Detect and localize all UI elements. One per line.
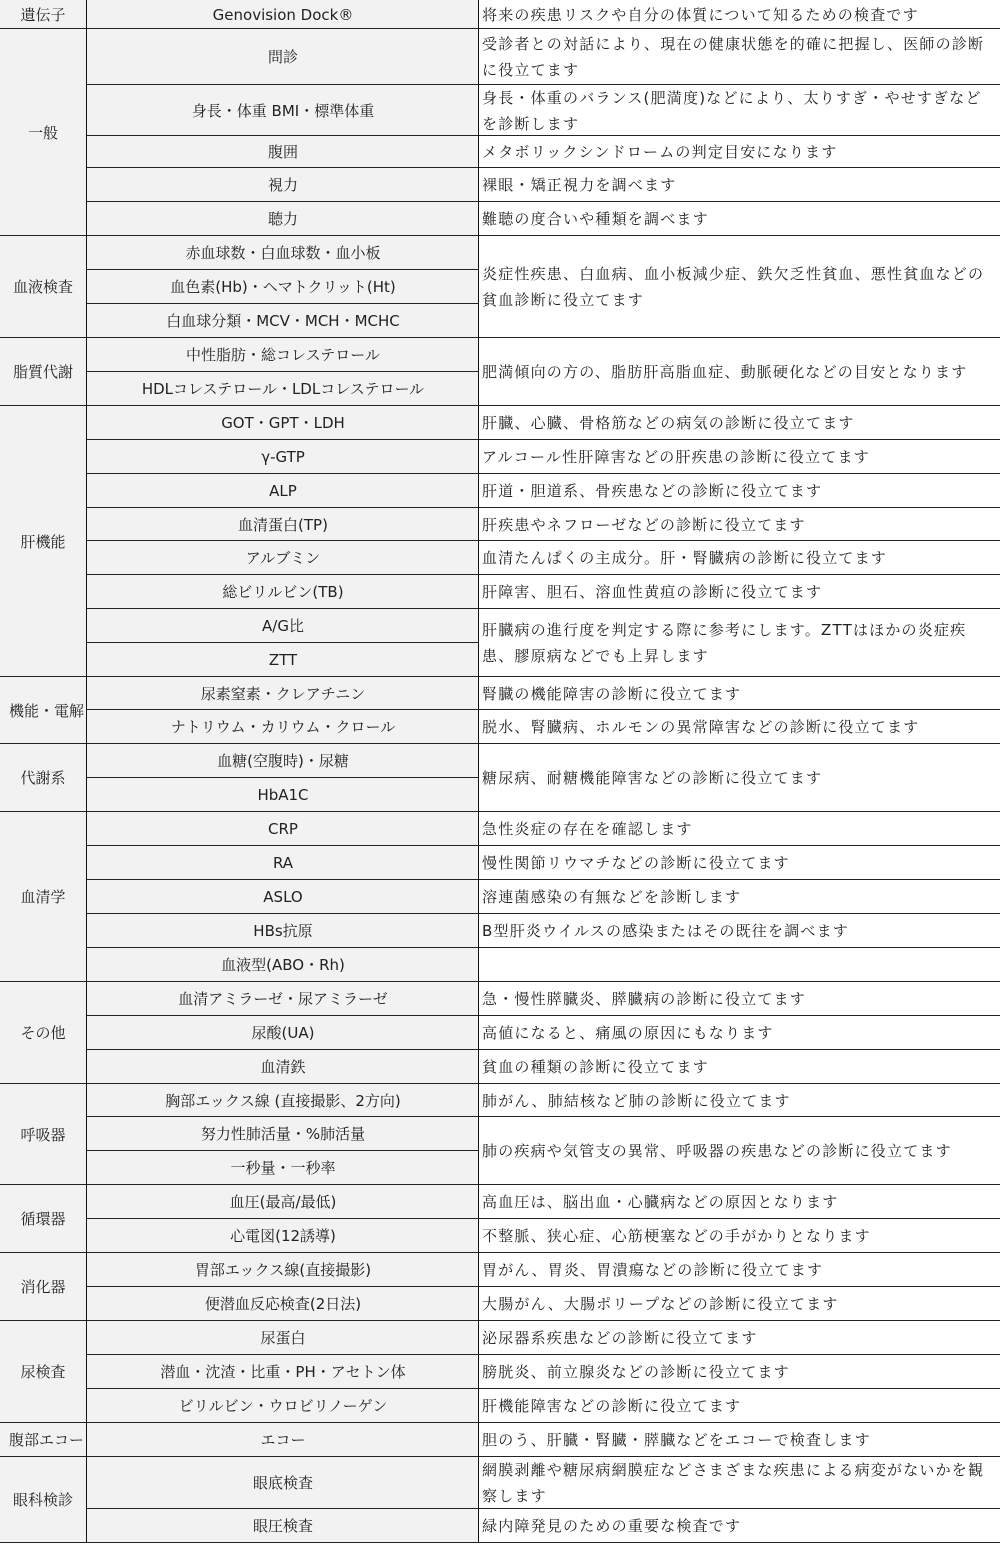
description-cell: 腎臓の機能障害の診断に役立てます [479, 677, 1000, 710]
description-cell-text: 糖尿病、耐糖機能障害などの診断に役立てます [482, 765, 822, 791]
description-cell: メタボリックシンドロームの判定目安になります [479, 136, 1000, 168]
item-cell: 血色素(Hb)・ヘマトクリット(Ht) [87, 270, 479, 304]
item-cell-text: 血清蛋白(TP) [238, 512, 328, 538]
description-cell: 高値になると、痛風の原因にもなります [479, 1016, 1000, 1050]
description-cell-text: 泌尿器系疾患などの診断に役立てます [482, 1325, 757, 1351]
item-cell: 血清鉄 [87, 1050, 479, 1084]
item-cell: 尿酸(UA) [87, 1016, 479, 1050]
description-cell: 脱水、腎臓病、ホルモンの異常障害などの診断に役立てます [479, 710, 1000, 744]
description-cell-text: 急・慢性膵臓炎、膵臓病の診断に役立てます [482, 986, 806, 1012]
description-cell-text: 肝障害、胆石、溶血性黄疸の診断に役立てます [482, 579, 822, 605]
description-cell: 網膜剥離や糖尿病網膜症などさまざまな疾患による病変がないかを観察します [479, 1457, 1000, 1509]
category-cell-text: 肝機能 [20, 529, 65, 555]
item-cell-text: 血液型(ABO・Rh) [221, 952, 345, 978]
item-cell-text: 聴力 [268, 206, 298, 232]
item-cell-text: 視力 [268, 172, 298, 198]
row-divider [479, 1542, 1000, 1543]
item-cell-text: 胃部エックス線(直接撮影) [195, 1257, 371, 1283]
item-cell-text: GOT・GPT・LDH [221, 410, 345, 436]
item-cell: 中性脂肪・総コレステロール [87, 338, 479, 372]
category-cell-text: 一般 [28, 120, 58, 146]
description-cell: 肝障害、胆石、溶血性黄疸の診断に役立てます [479, 575, 1000, 609]
item-cell-text: HBs抗原 [253, 918, 312, 944]
category-cell: 消化器 [0, 1253, 87, 1321]
item-cell: HBs抗原 [87, 914, 479, 948]
item-cell-text: ナトリウム・カリウム・クロール [171, 714, 395, 740]
description-cell: 難聴の度合いや種類を調べます [479, 202, 1000, 236]
category-cell: 呼吸器 [0, 1084, 87, 1185]
description-cell-text: 急性炎症の存在を確認します [482, 816, 693, 842]
category-cell-text: 眼科検診 [13, 1487, 73, 1513]
item-cell-text: 胸部エックス線 (直接撮影、2方向) [165, 1088, 401, 1114]
category-cell-text: 循環器 [20, 1206, 65, 1232]
description-cell-text: 肝疾患やネフローゼなどの診断に役立てます [482, 512, 806, 538]
description-cell: 糖尿病、耐糖機能障害などの診断に役立てます [479, 744, 1000, 812]
description-cell-text: 難聴の度合いや種類を調べます [482, 206, 709, 232]
description-cell: 肝機能障害などの診断に役立てます [479, 1389, 1000, 1423]
item-cell: 潜血・沈渣・比重・PH・アセトン体 [87, 1355, 479, 1389]
item-cell-text: 努力性肺活量・%肺活量 [201, 1121, 365, 1147]
item-cell-text: 潜血・沈渣・比重・PH・アセトン体 [160, 1359, 405, 1385]
description-cell-text: 肺がん、肺結核など肺の診断に役立てます [482, 1088, 791, 1114]
category-cell: 一般 [0, 29, 87, 236]
category-cell: 循環器 [0, 1185, 87, 1253]
item-cell-text: ZTT [269, 647, 297, 673]
description-cell: 慢性関節リウマチなどの診断に役立てます [479, 846, 1000, 880]
item-cell-text: 心電図(12誘導) [230, 1223, 336, 1249]
category-cell: 腹部エコー [0, 1423, 87, 1457]
description-cell-text: 大腸がん、大腸ポリープなどの診断に役立てます [482, 1291, 839, 1317]
item-cell-text: アルブミン [246, 545, 320, 571]
item-cell-text: 眼底検査 [253, 1470, 313, 1496]
description-cell: 肝臓、心臓、骨格筋などの病気の診断に役立てます [479, 406, 1000, 440]
row-divider [0, 1542, 87, 1543]
exam-table: 遺伝子一般血液検査脂質代謝肝機能機能・電解代謝系血清学その他呼吸器循環器消化器尿… [0, 0, 1000, 1545]
item-cell: Genovision Dock® [87, 0, 479, 29]
item-cell-text: ALP [269, 478, 297, 504]
item-cell-text: エコー [260, 1427, 305, 1453]
description-cell: 肝臓病の進行度を判定する際に参考にします。ZTTはほかの炎症疾患、膠原病などでも… [479, 609, 1000, 677]
description-cell-text: 緑内障発見のための重要な検査です [482, 1513, 741, 1539]
item-cell-text: 尿蛋白 [260, 1325, 305, 1351]
description-cell-text: 将来の疾患リスクや自分の体質について知るための検査です [482, 2, 919, 28]
item-cell: 腹囲 [87, 136, 479, 168]
item-cell-text: 便潜血反応検査(2日法) [205, 1291, 361, 1317]
category-cell-text: 呼吸器 [20, 1122, 65, 1148]
item-cell-text: 血清アミラーゼ・尿アミラーゼ [178, 986, 387, 1012]
description-cell-text: 膀胱炎、前立腺炎などの診断に役立てます [482, 1359, 790, 1385]
description-cell-text: 貧血の種類の診断に役立てます [482, 1054, 709, 1080]
item-cell: アルブミン [87, 541, 479, 575]
item-cell: 白血球分類・MCV・MCH・MCHC [87, 304, 479, 338]
category-cell-text: 代謝系 [20, 765, 65, 791]
description-cell: 溶連菌感染の有無などを診断します [479, 880, 1000, 914]
category-cell-text: その他 [20, 1020, 65, 1046]
item-cell: GOT・GPT・LDH [87, 406, 479, 440]
item-cell-text: 血圧(最高/最低) [230, 1189, 337, 1215]
item-cell: 血圧(最高/最低) [87, 1185, 479, 1219]
item-cell: HbA1C [87, 778, 479, 812]
description-cell-text: 腎臓の機能障害の診断に役立てます [482, 681, 741, 707]
description-cell-text: 肝道・胆道系、骨疾患などの診断に役立てます [482, 478, 822, 504]
item-cell-text: γ-GTP [261, 444, 305, 470]
item-cell-text: CRP [268, 816, 298, 842]
description-cell-text: 網膜剥離や糖尿病網膜症などさまざまな疾患による病変がないかを観察します [482, 1457, 997, 1509]
description-cell-text: 受診者との対話により、現在の健康状態を的確に把握し、医師の診断に役立てます [482, 31, 997, 83]
description-cell: 将来の疾患リスクや自分の体質について知るための検査です [479, 0, 1000, 29]
item-cell: 赤血球数・白血球数・血小板 [87, 236, 479, 270]
item-cell: ALP [87, 474, 479, 508]
description-cell: 貧血の種類の診断に役立てます [479, 1050, 1000, 1084]
item-cell-text: 眼圧検査 [253, 1513, 313, 1539]
category-cell-text: 血清学 [20, 884, 65, 910]
description-cell: 身長・体重のバランス(肥満度)などにより、太りすぎ・やせすぎなどを診断します [479, 85, 1000, 136]
item-cell: ZTT [87, 643, 479, 677]
description-cell: 大腸がん、大腸ポリープなどの診断に役立てます [479, 1287, 1000, 1321]
item-cell: RA [87, 846, 479, 880]
description-cell-text: 肥満傾向の方の、脂肪肝高脂血症、動脈硬化などの目安となります [482, 359, 967, 385]
item-cell-text: 一秒量・一秒率 [230, 1155, 335, 1181]
description-cell: 急性炎症の存在を確認します [479, 812, 1000, 846]
category-cell-text: 尿検査 [20, 1359, 65, 1385]
item-cell: エコー [87, 1423, 479, 1457]
description-cell-text: B型肝炎ウイルスの感染またはその既往を調べます [482, 918, 849, 944]
category-cell: 血清学 [0, 812, 87, 982]
item-cell: 尿素窒素・クレアチニン [87, 677, 479, 710]
item-cell-text: 白血球分類・MCV・MCH・MCHC [166, 308, 400, 334]
description-cell-text: 不整脈、狭心症、心筋梗塞などの手がかりとなります [482, 1223, 871, 1249]
description-cell-text: 裸眼・矯正視力を調べます [482, 172, 676, 198]
category-cell: 眼科検診 [0, 1457, 87, 1543]
item-cell: 血清アミラーゼ・尿アミラーゼ [87, 982, 479, 1016]
category-cell: 血液検査 [0, 236, 87, 338]
item-cell: 問診 [87, 29, 479, 85]
description-cell [479, 948, 1000, 982]
category-cell-text: 消化器 [20, 1274, 65, 1300]
description-cell: 血清たんぱくの主成分。肝・腎臓病の診断に役立てます [479, 541, 1000, 575]
item-cell: 胃部エックス線(直接撮影) [87, 1253, 479, 1287]
category-cell: 脂質代謝 [0, 338, 87, 406]
category-cell: 肝機能 [0, 406, 87, 677]
description-cell: 胆のう、肝臓・腎臓・膵臓などをエコーで検査します [479, 1423, 1000, 1457]
item-cell: 尿蛋白 [87, 1321, 479, 1355]
row-divider [87, 1542, 479, 1543]
item-cell: A/G比 [87, 609, 479, 643]
item-cell-text: HDLコレステロール・LDLコレステロール [142, 376, 424, 402]
description-cell: アルコール性肝障害などの肝疾患の診断に役立てます [479, 440, 1000, 474]
item-cell: 血糖(空腹時)・尿糖 [87, 744, 479, 778]
description-cell: 肺の疾病や気管支の異常、呼吸器の疾患などの診断に役立てます [479, 1117, 1000, 1185]
category-cell-text: 血液検査 [13, 274, 73, 300]
category-cell-text: 脂質代謝 [13, 359, 73, 385]
description-cell-text: 胃がん、胃炎、胃潰瘍などの診断に役立てます [482, 1257, 823, 1283]
item-cell: 眼底検査 [87, 1457, 479, 1509]
description-cell-text: 炎症性疾患、白血病、血小板減少症、鉄欠乏性貧血、悪性貧血などの貧血診断に役立てま… [482, 261, 997, 313]
item-cell-text: HbA1C [257, 782, 308, 808]
description-cell: 肝疾患やネフローゼなどの診断に役立てます [479, 508, 1000, 541]
description-cell-text: 肝臓、心臓、骨格筋などの病気の診断に役立てます [482, 410, 855, 436]
item-cell-text: 身長・体重 BMI・標準体重 [192, 98, 374, 124]
description-cell-text: 身長・体重のバランス(肥満度)などにより、太りすぎ・やせすぎなどを診断します [482, 85, 997, 136]
item-cell: 眼圧検査 [87, 1509, 479, 1543]
description-cell: 高血圧は、脳出血・心臓病などの原因となります [479, 1185, 1000, 1219]
category-cell: 遺伝子 [0, 0, 87, 29]
description-cell: 裸眼・矯正視力を調べます [479, 168, 1000, 202]
description-cell: 肺がん、肺結核など肺の診断に役立てます [479, 1084, 1000, 1117]
column-divider [86, 0, 87, 1543]
item-cell-text: 問診 [268, 44, 298, 70]
item-cell-text: Genovision Dock® [213, 2, 354, 28]
item-cell: γ-GTP [87, 440, 479, 474]
category-cell: その他 [0, 982, 87, 1084]
description-cell-text: 高値になると、痛風の原因にもなります [482, 1020, 774, 1046]
item-cell: 心電図(12誘導) [87, 1219, 479, 1253]
description-cell: 不整脈、狭心症、心筋梗塞などの手がかりとなります [479, 1219, 1000, 1253]
item-cell-text: 腹囲 [268, 139, 298, 165]
item-cell: HDLコレステロール・LDLコレステロール [87, 372, 479, 406]
category-cell-text: 遺伝子 [20, 2, 65, 28]
description-cell-text: 肺の疾病や気管支の異常、呼吸器の疾患などの診断に役立てます [482, 1138, 952, 1164]
item-cell: 努力性肺活量・%肺活量 [87, 1117, 479, 1151]
item-cell-text: 血糖(空腹時)・尿糖 [217, 748, 349, 774]
description-cell-text: メタボリックシンドロームの判定目安になります [482, 139, 837, 165]
item-cell: ビリルビン・ウロビリノーゲン [87, 1389, 479, 1423]
description-cell-text: 血清たんぱくの主成分。肝・腎臓病の診断に役立てます [482, 545, 887, 571]
description-cell: 胃がん、胃炎、胃潰瘍などの診断に役立てます [479, 1253, 1000, 1287]
category-cell: 機能・電解 [0, 677, 87, 744]
description-cell-text: 胆のう、肝臓・腎臓・膵臓などをエコーで検査します [482, 1427, 871, 1453]
description-cell: 炎症性疾患、白血病、血小板減少症、鉄欠乏性貧血、悪性貧血などの貧血診断に役立てま… [479, 236, 1000, 338]
description-cell: 泌尿器系疾患などの診断に役立てます [479, 1321, 1000, 1355]
item-cell-text: A/G比 [262, 613, 304, 639]
item-cell-text: ASLO [263, 884, 302, 910]
description-cell: 膀胱炎、前立腺炎などの診断に役立てます [479, 1355, 1000, 1389]
description-cell: 肥満傾向の方の、脂肪肝高脂血症、動脈硬化などの目安となります [479, 338, 1000, 406]
description-cell: B型肝炎ウイルスの感染またはその既往を調べます [479, 914, 1000, 948]
description-cell-text: 高血圧は、脳出血・心臓病などの原因となります [482, 1189, 838, 1215]
item-cell-text: 血清鉄 [260, 1054, 305, 1080]
item-cell-text: 尿酸(UA) [252, 1020, 315, 1046]
item-cell: 胸部エックス線 (直接撮影、2方向) [87, 1084, 479, 1117]
item-cell-text: 赤血球数・白血球数・血小板 [185, 240, 380, 266]
category-cell-text: 腹部エコー [9, 1427, 84, 1453]
item-cell: 総ビリルビン(TB) [87, 575, 479, 609]
description-cell-text: 肝臓病の進行度を判定する際に参考にします。ZTTはほかの炎症疾患、膠原病などでも… [482, 617, 997, 669]
item-cell: 視力 [87, 168, 479, 202]
description-cell: 受診者との対話により、現在の健康状態を的確に把握し、医師の診断に役立てます [479, 29, 1000, 85]
column-divider [478, 0, 479, 1543]
description-cell-text: 溶連菌感染の有無などを診断します [482, 884, 741, 910]
item-cell: 一秒量・一秒率 [87, 1151, 479, 1185]
item-cell-text: 中性脂肪・総コレステロール [186, 342, 380, 368]
item-cell: 便潜血反応検査(2日法) [87, 1287, 479, 1321]
item-cell-text: 尿素窒素・クレアチニン [201, 681, 365, 707]
item-cell-text: 血色素(Hb)・ヘマトクリット(Ht) [170, 274, 395, 300]
item-cell-text: 総ビリルビン(TB) [222, 579, 343, 605]
item-cell-text: ビリルビン・ウロビリノーゲン [179, 1393, 388, 1419]
description-cell: 緑内障発見のための重要な検査です [479, 1509, 1000, 1543]
category-cell: 代謝系 [0, 744, 87, 812]
description-cell-text: 慢性関節リウマチなどの診断に役立てます [482, 850, 790, 876]
description-cell-text: 肝機能障害などの診断に役立てます [482, 1393, 741, 1419]
item-cell: 身長・体重 BMI・標準体重 [87, 85, 479, 136]
description-cell-text: 脱水、腎臓病、ホルモンの異常障害などの診断に役立てます [482, 714, 919, 740]
description-cell: 急・慢性膵臓炎、膵臓病の診断に役立てます [479, 982, 1000, 1016]
item-cell: ナトリウム・カリウム・クロール [87, 710, 479, 744]
category-cell: 尿検査 [0, 1321, 87, 1423]
item-cell: ASLO [87, 880, 479, 914]
item-cell: 聴力 [87, 202, 479, 236]
description-cell-text: アルコール性肝障害などの肝疾患の診断に役立てます [482, 444, 870, 470]
item-cell: CRP [87, 812, 479, 846]
item-cell-text: RA [273, 850, 293, 876]
category-cell-text: 機能・電解 [9, 698, 84, 724]
description-cell: 肝道・胆道系、骨疾患などの診断に役立てます [479, 474, 1000, 508]
item-cell: 血液型(ABO・Rh) [87, 948, 479, 982]
item-cell: 血清蛋白(TP) [87, 508, 479, 541]
